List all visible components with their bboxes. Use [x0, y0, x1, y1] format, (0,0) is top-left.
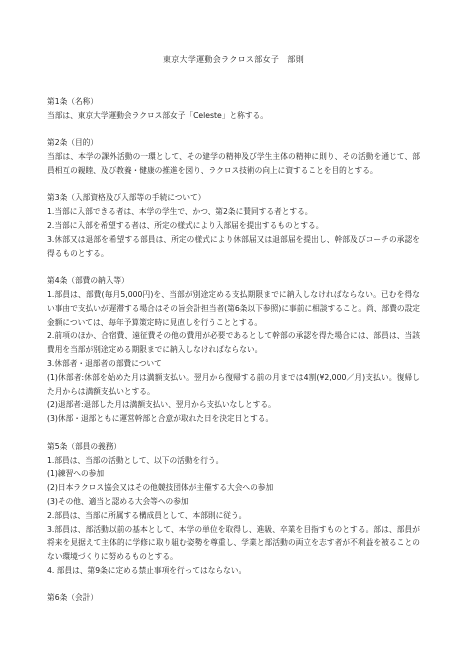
article-paragraph: 1.当部に入部できる者は、本学の学生で、かつ、第2条に賛同する者とする。 — [47, 205, 420, 219]
article-paragraph: 2.当部に入部を希望する者は、所定の様式により入部届を提出するものとする。 — [47, 219, 420, 233]
article: 第5条（部員の義務）1.部員は、当部の活動として、以下の活動を行う。(1)練習へ… — [47, 440, 420, 578]
article: 第1条（名称）当部は、東京大学運動会ラクロス部女子「Celeste」と称する。 — [47, 95, 420, 123]
article-paragraph: 2.部員は、当部に所属する構成員として、本部則に従う。 — [47, 509, 420, 523]
article-paragraph: (1)練習への参加 — [47, 467, 420, 481]
article: 第2条（目的）当部は、本学の課外活動の一環として、その建学の精神及び学生主体の精… — [47, 136, 420, 177]
article-paragraph: (2)退部者:退部した月は満額支払い、翌月から支払いなしとする。 — [47, 398, 420, 412]
article-heading: 第1条（名称） — [47, 95, 420, 109]
articles-container: 第1条（名称）当部は、東京大学運動会ラクロス部女子「Celeste」と称する。第… — [47, 95, 420, 605]
article-heading: 第2条（目的） — [47, 136, 420, 150]
article-heading: 第3条（入部資格及び入部等の手続について） — [47, 191, 420, 205]
article-paragraph: (1)休部者:休部を始めた月は満額支払い。翌月から復帰する前の月までは4割(¥2… — [47, 371, 420, 399]
article-heading: 第5条（部員の義務） — [47, 440, 420, 454]
article-paragraph: 4. 部員は、第9条に定める禁止事項を行ってはならない。 — [47, 564, 420, 578]
article: 第4条（部費の納入等）1.部員は、部費(毎月5,000円)を、当部が別途定める支… — [47, 274, 420, 426]
article-paragraph: (2)日本ラクロス協会又はその他競技団体が主催する大会への参加 — [47, 481, 420, 495]
document-page: 東京大学運動会ラクロス部女子 部則 第1条（名称）当部は、東京大学運動会ラクロス… — [0, 0, 463, 655]
article-paragraph: 2.前項のほか、合宿費、遠征費その他の費用が必要であるとして幹部の承認を得た場合… — [47, 329, 420, 357]
article: 第3条（入部資格及び入部等の手続について）1.当部に入部できる者は、本学の学生で… — [47, 191, 420, 260]
document-title: 東京大学運動会ラクロス部女子 部則 — [47, 53, 420, 67]
article-paragraph: 3.休部者・退部者の部費について — [47, 357, 420, 371]
article: 第6条（会計） — [47, 591, 420, 605]
article-paragraph: 3.部員は、部活動以前の基本として、本学の単位を取得し、進級、卒業を目指すものと… — [47, 523, 420, 564]
article-paragraph: 当部は、東京大学運動会ラクロス部女子「Celeste」と称する。 — [47, 109, 420, 123]
article-heading: 第4条（部費の納入等） — [47, 274, 420, 288]
article-paragraph: 1.部員は、当部の活動として、以下の活動を行う。 — [47, 454, 420, 468]
article-paragraph: 3.休部又は退部を希望する部員は、所定の様式により休部届又は退部届を提出し、幹部… — [47, 233, 420, 261]
article-paragraph: (3)休部・退部ともに運営幹部と合意が取れた日を決定日とする。 — [47, 412, 420, 426]
article-heading: 第6条（会計） — [47, 591, 420, 605]
article-paragraph: 当部は、本学の課外活動の一環として、その建学の精神及び学生主体の精神に則り、その… — [47, 150, 420, 178]
article-paragraph: 1.部員は、部費(毎月5,000円)を、当部が別途定める支払期限までに納入しなけ… — [47, 288, 420, 329]
article-paragraph: (3)その他、適当と認める大会等への参加 — [47, 495, 420, 509]
